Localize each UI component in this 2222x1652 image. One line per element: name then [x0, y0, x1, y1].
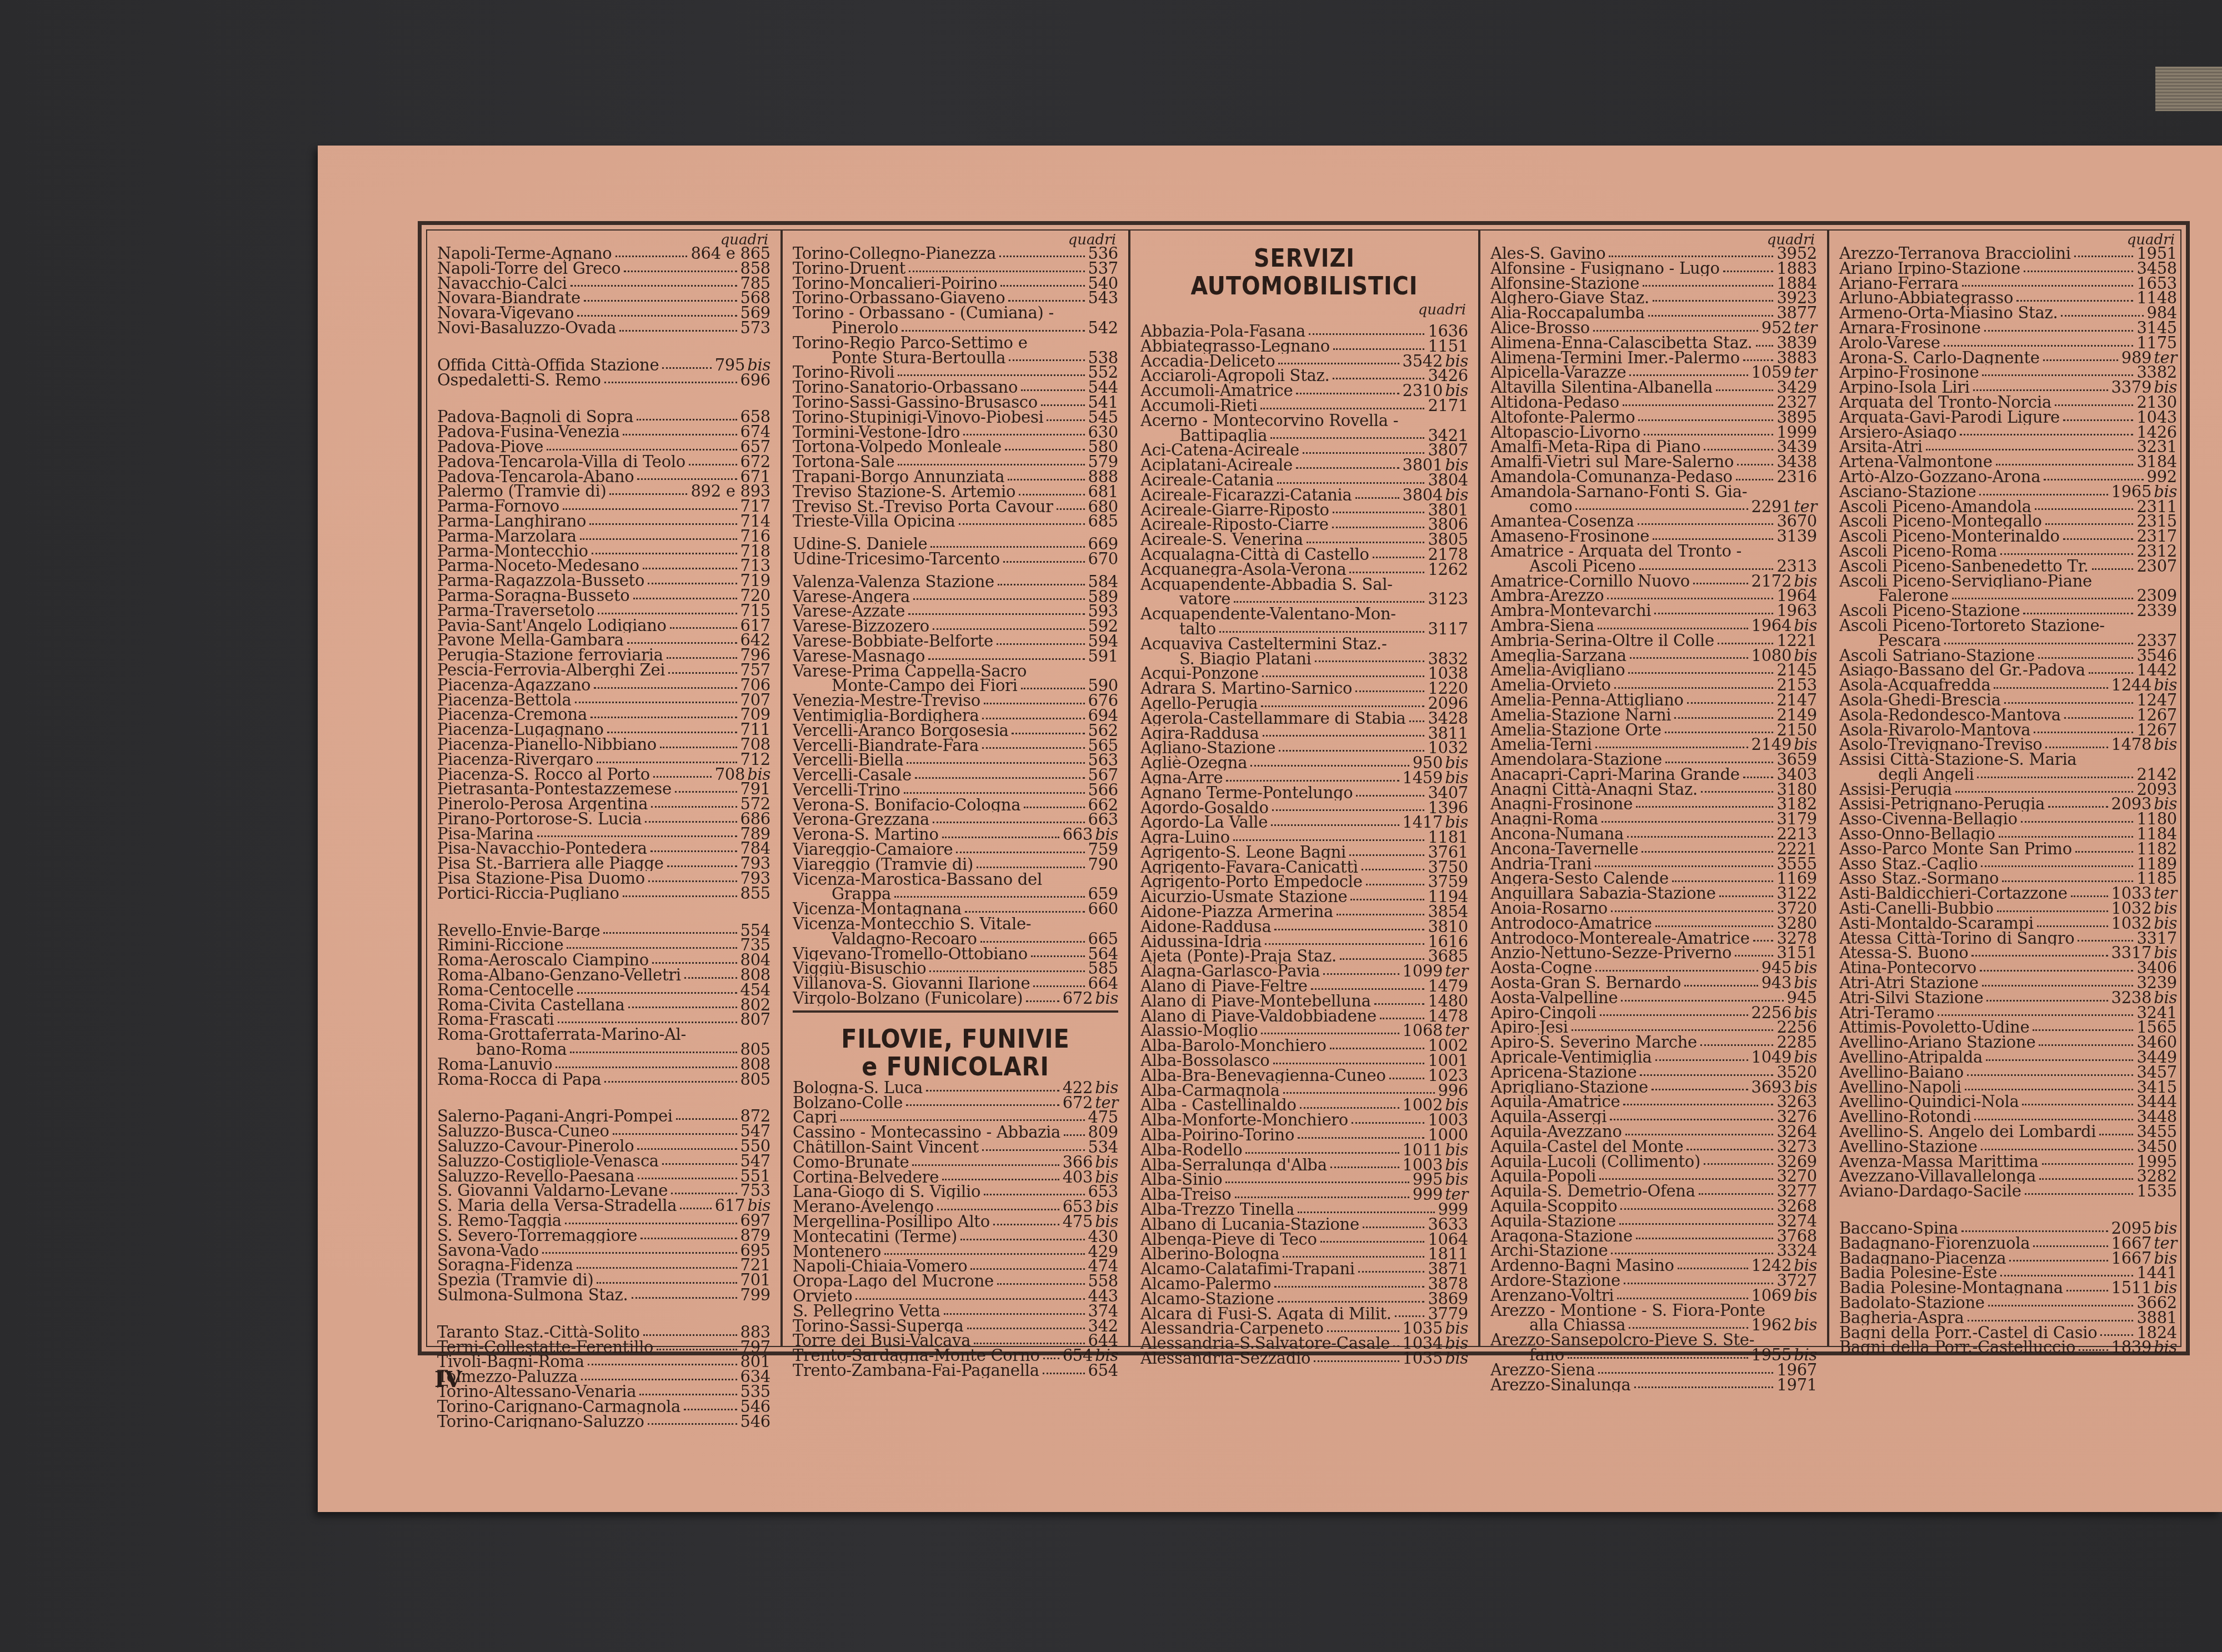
leader-dots — [577, 992, 737, 994]
route-name: Treviso St.-Treviso Porta Cavour — [793, 499, 1053, 514]
route-name: Asola-Redondesco-Mantova — [1839, 708, 2061, 723]
route-name: Asso Staz.-Caglio — [1839, 857, 1978, 872]
route-name: Cortina-Belvedere — [793, 1170, 939, 1185]
index-entry: Arsiero-Asiago1426 — [1839, 425, 2177, 440]
route-name: Alba-Monforte-Monchiero — [1140, 1113, 1348, 1128]
leader-dots — [662, 367, 711, 369]
route-name: Alcamo-Calatafimi-Trapani — [1140, 1261, 1355, 1276]
index-entry: Arezzo-Siena1967 — [1490, 1363, 1817, 1378]
route-name: Alano di Piave-Montebelluna — [1140, 994, 1371, 1009]
leader-dots — [580, 538, 737, 540]
index-entry: Alba-Trezzo Tinella999 — [1140, 1202, 1468, 1217]
leader-dots — [1640, 1074, 1773, 1076]
route-name-continuation: fano — [1529, 1348, 1564, 1363]
index-entry: Spezia (Tramvie di)701 — [437, 1273, 770, 1288]
table-number: 1035bis — [1403, 1351, 1468, 1366]
route-name: Padova-Bagnoli di Sopra — [437, 409, 633, 424]
leader-dots — [555, 1067, 737, 1068]
index-entry-first-line: Torino - Orbassano - (Cumiana) - — [793, 306, 1118, 321]
leader-dots — [623, 895, 737, 897]
route-name-continuation: Pinerolo — [832, 321, 898, 336]
index-entry: Monte-Campo dei Fiori590 — [793, 678, 1118, 693]
index-entry: Aidone-Piazza Armerina3854 — [1140, 904, 1468, 919]
index-entry: Montenero429 — [793, 1244, 1118, 1259]
leader-dots — [984, 1194, 1084, 1195]
leader-dots — [1610, 1119, 1773, 1120]
leader-dots — [1279, 750, 1424, 752]
table-suffix: bis — [1445, 1349, 1468, 1368]
leader-dots — [2043, 359, 2118, 361]
leader-dots — [1638, 419, 1773, 421]
index-entry-first-line: Assisi Città-Stazione-S. Maria — [1839, 752, 2177, 767]
route-name: Agrigento-Porto Empedocle — [1140, 874, 1363, 889]
route-name: Anzio-Nettuno-Sezze-Priverno — [1490, 945, 1731, 960]
route-name: Parma-Montecchio — [437, 544, 588, 559]
leader-dots — [1352, 1122, 1424, 1124]
route-name: Bologna-S. Luca — [793, 1080, 923, 1095]
leader-dots — [1684, 985, 1758, 987]
leader-dots — [1639, 568, 1774, 570]
route-name: Anagni-Roma — [1490, 812, 1598, 827]
index-entry: Agello-Perugia2096 — [1140, 696, 1468, 711]
leader-dots — [1064, 1134, 1084, 1136]
leader-dots — [624, 271, 737, 272]
leader-dots — [1653, 300, 1774, 302]
route-name: Arnara-Frosinone — [1839, 321, 1981, 336]
entry-groups: Torino-Collegno-Pianezza536Torino-Druent… — [793, 246, 1118, 1006]
leader-dots — [1629, 1327, 1748, 1329]
leader-dots — [1623, 1104, 1773, 1105]
route-name: Ameglia-Sarzana — [1490, 648, 1627, 663]
leader-dots — [619, 330, 737, 332]
leader-dots — [1638, 523, 1774, 525]
leader-dots — [1337, 914, 1424, 915]
leader-dots — [1261, 705, 1424, 707]
leader-dots — [1349, 854, 1424, 856]
table-number: 685 — [1088, 514, 1118, 529]
leader-dots — [1642, 851, 1773, 853]
index-entry: Piacenza-S. Rocco al Porto708bis — [437, 767, 770, 782]
index-entry: Avellino-Quindici-Nola3444 — [1839, 1094, 2177, 1109]
route-name: Piacenza-Agazzano — [437, 678, 590, 693]
leader-dots — [997, 643, 1085, 645]
leader-dots — [1665, 732, 1774, 733]
table-number: 805 — [740, 1072, 770, 1087]
index-entry-wrapped: Amatrice - Arquata del Tronto -Ascoli Pi… — [1490, 544, 1817, 574]
index-entry: Torino-Sassi-Gassino-Brusasco541 — [793, 395, 1118, 410]
route-name: Badagnano-Piacenza — [1839, 1251, 2006, 1266]
table-number: 1962bis — [1751, 1318, 1817, 1333]
index-column-5: quadri Arezzo-Terranova Bracciolini1951A… — [1827, 231, 2187, 1346]
index-entry: Piacenza-Lugagnano711 — [437, 722, 770, 737]
leader-dots — [1395, 1315, 1425, 1317]
route-name: Torino-Orbassano-Giaveno — [793, 291, 1005, 306]
leader-dots — [909, 271, 1085, 272]
route-name: Abbazia-Pola-Fasana — [1140, 324, 1305, 339]
leader-dots — [590, 717, 737, 718]
index-entry: Torino-Sanatorio-Orbassano544 — [793, 380, 1118, 395]
leader-dots — [2009, 1260, 2108, 1261]
index-entry: Padova-Tencarola-Villa di Teolo672 — [437, 454, 770, 469]
leader-dots — [1599, 1178, 1773, 1180]
route-name: Amalfi-Vietri sul Mare-Salerno — [1490, 454, 1734, 469]
index-entry: Capri475 — [793, 1110, 1118, 1125]
route-name: Avellino-Quindici-Nola — [1839, 1094, 2019, 1109]
leader-dots — [1380, 1018, 1424, 1019]
route-name: S. Maria della Versa-Stradella — [437, 1198, 677, 1213]
book-edge — [2155, 67, 2222, 111]
index-entry: Roma-Frascati807 — [437, 1012, 770, 1027]
route-name-continuation: bano-Roma — [476, 1042, 567, 1057]
index-entry: Armeno-Orta-Miasino Staz.984 — [1839, 306, 2177, 321]
leader-dots — [1600, 1014, 1748, 1016]
route-name: Navacchio-Calci — [437, 276, 567, 291]
route-name: Alba-Sinio — [1140, 1172, 1222, 1187]
index-entry: Tormini-Vestone-Idro630 — [793, 425, 1118, 440]
route-name: Arezzo-Terranova Bracciolini — [1839, 246, 2071, 261]
route-name: Virgolo-Bolzano (Funicolare) — [793, 991, 1023, 1006]
index-entry: Virgolo-Bolzano (Funicolare)672bis — [793, 991, 1118, 1006]
leader-dots — [928, 658, 1084, 660]
route-name: Montecatini (Terme) — [793, 1229, 957, 1244]
leader-dots — [1982, 374, 2133, 376]
index-entry: Alessandria-Sezzadio1035bis — [1140, 1351, 1468, 1366]
leader-dots — [982, 1149, 1085, 1151]
route-name: Ascoli Satriano-Stazione — [1839, 648, 2035, 663]
leader-dots — [1678, 1268, 1748, 1269]
index-entry: Badolato-Stazione3662 — [1839, 1295, 2177, 1310]
index-entry: como2291ter — [1490, 499, 1817, 514]
leader-dots — [1644, 434, 1774, 435]
route-name: Varese-Prima Cappella-Sacro — [793, 664, 1027, 679]
index-entry: Salerno-Pagani-Angri-Pompei872 — [437, 1109, 770, 1124]
index-entry: Altidona-Pedaso2327 — [1490, 395, 1817, 410]
index-entry: Cortina-Belvedere403bis — [793, 1170, 1118, 1185]
leader-dots — [680, 1208, 712, 1209]
route-name: Torino-Carignano-Saluzzo — [437, 1414, 644, 1429]
index-entry: Aquila-Assergi3276 — [1490, 1109, 1817, 1124]
route-name-continuation: talto — [1179, 622, 1216, 637]
leader-dots — [1307, 542, 1425, 543]
route-name: Pavone Mella-Gambara — [437, 633, 624, 648]
route-name: Aquila-Avezzano — [1490, 1124, 1622, 1139]
leader-dots — [615, 256, 688, 257]
index-entry: Navacchio-Calci785 — [437, 276, 770, 291]
group-spacer — [437, 1303, 770, 1325]
route-name-continuation: como — [1529, 499, 1572, 514]
index-entry: Amandola-Comunanza-Pedaso2316 — [1490, 469, 1817, 484]
leader-dots — [1572, 1029, 1774, 1031]
index-entry: Roma-Lanuvio808 — [437, 1057, 770, 1072]
index-entry: Napoli-Chiaia-Vomero474 — [793, 1259, 1118, 1274]
leader-dots — [1330, 1048, 1425, 1049]
leader-dots — [1355, 497, 1399, 499]
table-number: 2171 — [1428, 398, 1468, 413]
section-title-line-1: FILOVIE, FUNIVIE — [793, 1025, 1118, 1053]
index-entry: Parma-Fornovo717 — [437, 499, 770, 514]
leader-dots — [1333, 512, 1425, 513]
route-name: Aquila-Assergi — [1490, 1109, 1607, 1124]
index-entry: Alba-Monforte-Monchiero1003 — [1140, 1113, 1468, 1128]
index-entry: Parma-Ragazzola-Busseto719 — [437, 573, 770, 588]
index-entry: Torino-Carignano-Carmagnola546 — [437, 1399, 770, 1414]
index-entry: Soragna-Fidenza721 — [437, 1258, 770, 1273]
route-name: Châtillon-Saint Vincent — [793, 1140, 979, 1155]
route-name: Parma-Traversetolo — [437, 603, 594, 618]
route-name: Piacenza-S. Rocco al Porto — [437, 767, 650, 782]
index-entry: Antrodoco-Amatrice3280 — [1490, 916, 1817, 931]
index-entry: Parma-Montecchio718 — [437, 544, 770, 559]
leader-dots — [2037, 925, 2108, 927]
route-name: Avellino-Ariano Stazione — [1839, 1035, 2035, 1050]
index-entry-wrapped: Assisi Città-Stazione-S. Mariadegli Ange… — [1839, 752, 2177, 782]
route-name: Acireale-Ficarazzi-Catania — [1140, 488, 1352, 503]
route-name: Atri-Atri Stazione — [1839, 975, 1979, 990]
leader-dots — [933, 822, 1085, 823]
route-name: Aciplatani-Acireale — [1140, 458, 1293, 473]
index-entry: Ascoli Piceno-Sanbenedetto Tr.2307 — [1839, 559, 2177, 574]
leader-dots — [645, 821, 737, 823]
route-name: Atessa-S. Buono — [1839, 945, 1968, 960]
index-entry: Arsita-Atri3231 — [1839, 439, 2177, 454]
group-spacer — [793, 529, 1118, 537]
index-entry: Ponte Stura-Bertoulla538 — [793, 351, 1118, 366]
route-name: Acquaviva Casteltermini Staz.- — [1140, 637, 1387, 652]
index-entry-wrapped: Acquaviva Casteltermini Staz.-S. Biagio … — [1140, 637, 1468, 667]
route-name: Asti-Montaldo-Scarampi — [1839, 916, 2034, 931]
leader-dots — [1332, 527, 1425, 528]
index-entry: Arquata del Tronto-Norcia2130 — [1839, 395, 2177, 410]
table-number: 1971 — [1776, 1378, 1817, 1393]
leader-dots — [1986, 1000, 2108, 1002]
index-entry: Torino-Stupinigi-Vinovo-Piobesi545 — [793, 410, 1118, 425]
route-name: Ambria-Serina-Oltre il Colle — [1490, 633, 1714, 648]
route-name: Revello-Envie-Barge — [437, 923, 600, 938]
leader-dots — [1672, 880, 1774, 882]
index-entry: Arquata-Gavi-Parodi Ligure1043 — [1839, 410, 2177, 425]
leader-dots — [1047, 419, 1084, 421]
route-name: Napoli-Torre del Greco — [437, 261, 620, 276]
route-name: Torino-Carignano-Carmagnola — [437, 1399, 680, 1414]
index-entry-wrapped: Acquapendente-Abbadia S. Sal-vatore3123 — [1140, 577, 1468, 607]
index-entry: Asti-Montaldo-Scarampi1032bis — [1839, 916, 2177, 931]
leader-dots — [855, 1298, 1084, 1300]
index-entry: Acquanegra-Asola-Verona1262 — [1140, 562, 1468, 577]
index-entry: Pisa-Navacchio-Pontedera784 — [437, 841, 770, 856]
leader-dots — [1938, 1014, 2133, 1016]
route-name: Alba - Castellinaldo — [1140, 1098, 1297, 1113]
route-name: Arquata-Gavi-Parodi Ligure — [1839, 410, 2060, 425]
route-name: Piacenza-Lugagnano — [437, 722, 604, 737]
leader-dots — [1629, 374, 1748, 376]
index-entry: Alice-Brosso952ter — [1490, 321, 1817, 336]
leader-dots — [597, 1282, 737, 1284]
route-name: Asiago-Bassano del Gr.-Padova — [1839, 663, 2085, 678]
index-entry: Vercelli-Trino566 — [793, 783, 1118, 798]
index-entry: Tortona-Sale579 — [793, 454, 1118, 469]
leader-dots — [1272, 809, 1425, 811]
index-entry: Tivoli-Bagni-Roma801 — [437, 1354, 770, 1369]
index-entry: Agrigento-S. Leone Bagni3761 — [1140, 845, 1468, 860]
route-name: Sulmona-Sulmona Staz. — [437, 1288, 628, 1303]
index-entry: Revello-Envie-Barge554 — [437, 923, 770, 938]
leader-dots — [1575, 508, 1748, 510]
index-entry: Udine-S. Daniele669 — [793, 537, 1118, 552]
index-entry: Alfonsine - Fusignano - Lugo1883 — [1490, 261, 1817, 276]
leader-dots — [1962, 285, 2133, 287]
index-entry: Avellino-Rotondi3448 — [1839, 1109, 2177, 1124]
leader-dots — [980, 941, 1085, 943]
leader-dots — [1973, 389, 2108, 391]
route-name: Padova-Tencarola-Villa di Teolo — [437, 454, 685, 469]
leader-dots — [1043, 1373, 1085, 1374]
index-entry: Agrigento-Porto Empedocle3759 — [1140, 874, 1468, 889]
route-name: Aquila-Popoli — [1490, 1169, 1596, 1184]
index-entry-wrapped: Amandola-Sarnano-Fonti S. Gia-como2291te… — [1490, 484, 1817, 514]
route-name: Apiro-Jesi — [1490, 1020, 1568, 1035]
table-number: 790 — [1088, 857, 1118, 872]
index-entry: Alpicella-Varazze1059ter — [1490, 365, 1817, 380]
index-entry-first-line: Varese-Prima Cappella-Sacro — [793, 664, 1118, 679]
leader-dots — [1743, 777, 1774, 778]
leader-dots — [1374, 1003, 1425, 1005]
route-name: Amelia-Stazione Orte — [1490, 723, 1662, 738]
leader-dots — [2000, 553, 2133, 555]
index-entry: Arezzo-Sinalunga1971 — [1490, 1378, 1817, 1393]
index-entry: Piacenza-Bettola707 — [437, 693, 770, 708]
leader-dots — [2039, 1044, 2133, 1046]
leader-dots — [2048, 806, 2108, 808]
leader-dots — [643, 568, 737, 569]
index-entry: Avellino-S. Angelo dei Lombardi3455 — [1839, 1124, 2177, 1139]
index-entry: Amelia-Penna-Attigliano2147 — [1490, 693, 1817, 708]
index-entry: Ospedaletti-S. Remo696 — [437, 373, 770, 388]
route-name: Alba-Barolo-Monchiero — [1140, 1038, 1327, 1053]
index-entry: Torino-Rivoli552 — [793, 365, 1118, 380]
route-name: Ambra-Siena — [1490, 618, 1594, 633]
route-name: Varese-Bobbiate-Belforte — [793, 634, 993, 649]
route-name: Ventimiglia-Bordighera — [793, 708, 979, 723]
route-name: Asti-Canelli-Bubbio — [1839, 901, 1994, 916]
route-name: Agello-Perugia — [1140, 696, 1258, 711]
index-entry: Alba-Bossolasco1001 — [1140, 1053, 1468, 1068]
leader-dots — [547, 449, 737, 450]
index-entry: Saluzzo-Cavour-Pinerolo550 — [437, 1139, 770, 1154]
leader-dots — [2039, 1178, 2133, 1180]
leader-dots — [1296, 467, 1399, 469]
index-entry: fano1955bis — [1490, 1348, 1817, 1363]
leader-dots — [2099, 1134, 2133, 1135]
route-name: Bagni della Porr.-Castelluccio — [1839, 1340, 2075, 1355]
route-name: Roma-Rocca di Papa — [437, 1072, 601, 1087]
route-name: Agra-Luino — [1140, 830, 1230, 845]
route-name: Aidone-Raddusa — [1140, 919, 1271, 934]
route-name: Alba-Bossolasco — [1140, 1053, 1270, 1068]
leader-dots — [904, 792, 1085, 794]
servizi-automobilistici-title: SERVIZI AUTOMOBILISTICI — [1140, 245, 1468, 301]
route-name: Amandola-Sarnano-Fonti S. Gia- — [1490, 484, 1747, 499]
route-name: Viareggio-Camaiore — [793, 842, 953, 857]
index-entry: Pisa-Marina789 — [437, 827, 770, 842]
route-name: Alba-Trezzo Tinella — [1140, 1202, 1294, 1217]
leader-dots — [567, 947, 737, 949]
index-entry: Altofonte-Palermo3895 — [1490, 410, 1817, 425]
index-entry: Asso-Parco Monte San Primo1182 — [1839, 842, 2177, 857]
route-name: Alba-Rodello — [1140, 1143, 1242, 1158]
index-entry: Ambra-Siena1964bis — [1490, 618, 1817, 633]
leader-dots — [2035, 508, 2134, 510]
index-entry: Parma-Marzolara716 — [437, 529, 770, 544]
route-name: Atri-Silvi Stazione — [1839, 990, 1983, 1005]
route-name: Agira-Raddusa — [1140, 726, 1259, 741]
entry-groups: Ales-S. Gavino3952Alfonsine - Fusignano … — [1490, 246, 1817, 1392]
leader-dots — [1235, 1197, 1409, 1198]
route-name: Verona-S. Bonifacio-Cologna — [793, 798, 1020, 813]
quadri-label: quadri — [1490, 234, 1817, 246]
leader-dots — [637, 478, 737, 480]
route-name: Viggiù-Bisuschio — [793, 961, 926, 976]
leader-dots — [963, 434, 1084, 435]
leader-dots — [1340, 958, 1424, 960]
route-name: Antrodoco-Montereale-Amatrice — [1490, 931, 1750, 946]
route-name: Parma-Langhirano — [437, 514, 586, 529]
section-divider — [793, 1010, 1118, 1013]
route-name: Ascoli Piceno-Servigliano-Piane — [1839, 574, 2092, 589]
route-name: Ariano-Ferrara — [1839, 276, 1959, 291]
leader-dots — [628, 1007, 737, 1008]
index-entry-wrapped: Vicenza-Marostica-Bassano delGrappa659 — [793, 872, 1118, 902]
index-entry: alla Chiassa1962bis — [1490, 1318, 1817, 1333]
leader-dots — [1021, 389, 1084, 391]
leader-dots — [2092, 568, 2134, 570]
leader-dots — [1655, 1059, 1748, 1061]
index-entry-wrapped: Varese-Prima Cappella-SacroMonte-Campo d… — [793, 664, 1118, 694]
index-entry-first-line: Amatrice - Arquata del Tronto - — [1490, 544, 1817, 559]
index-entry: Napoli-Torre del Greco858 — [437, 261, 770, 276]
leader-dots — [1625, 1134, 1774, 1135]
leader-dots — [1687, 702, 1774, 704]
route-name: Bolzano-Colle — [793, 1095, 903, 1110]
index-entry: Avellino-Napoli3415 — [1839, 1080, 2177, 1095]
leader-dots — [1756, 345, 1774, 347]
leader-dots — [2055, 404, 2133, 406]
leader-dots — [1327, 1330, 1399, 1332]
leader-dots — [1283, 1256, 1424, 1258]
index-entry: Parma-Traversetolo715 — [437, 603, 770, 618]
leader-dots — [926, 1090, 1059, 1092]
route-name: Alcamo-Stazione — [1140, 1291, 1274, 1306]
index-entry: Padova-Piove657 — [437, 439, 770, 454]
index-entry: Asso-Civenna-Bellagio1180 — [1839, 812, 2177, 827]
route-name: Pescia-Ferrovia-Alberghi Zei — [437, 663, 665, 678]
route-name-continuation: S. Biagio Platani — [1179, 652, 1312, 667]
index-entry: Roma-Aeroscalo Ciampino804 — [437, 953, 770, 968]
leader-dots — [637, 1148, 737, 1150]
leader-dots — [2066, 1290, 2108, 1291]
leader-dots — [1981, 1149, 2134, 1150]
index-entry: Mergellina-Posillipo Alto475bis — [793, 1214, 1118, 1229]
index-entry: Anoia-Rosarno3720 — [1490, 901, 1817, 916]
leader-dots — [1057, 508, 1085, 510]
index-entry: Avenza-Massa Marittima1995 — [1839, 1154, 2177, 1169]
route-name: Arpino-Isola Liri — [1839, 380, 1970, 395]
route-name: Alessandria-Sezzadio — [1140, 1351, 1310, 1366]
route-name: Accadia-Deliceto — [1140, 354, 1275, 369]
table-number: 672bis — [1063, 991, 1118, 1006]
route-name: Aosta-Gran S. Bernardo — [1490, 975, 1681, 990]
leader-dots — [884, 1253, 1084, 1255]
index-entry: Portici-Riccia-Pugliano855 — [437, 886, 770, 901]
